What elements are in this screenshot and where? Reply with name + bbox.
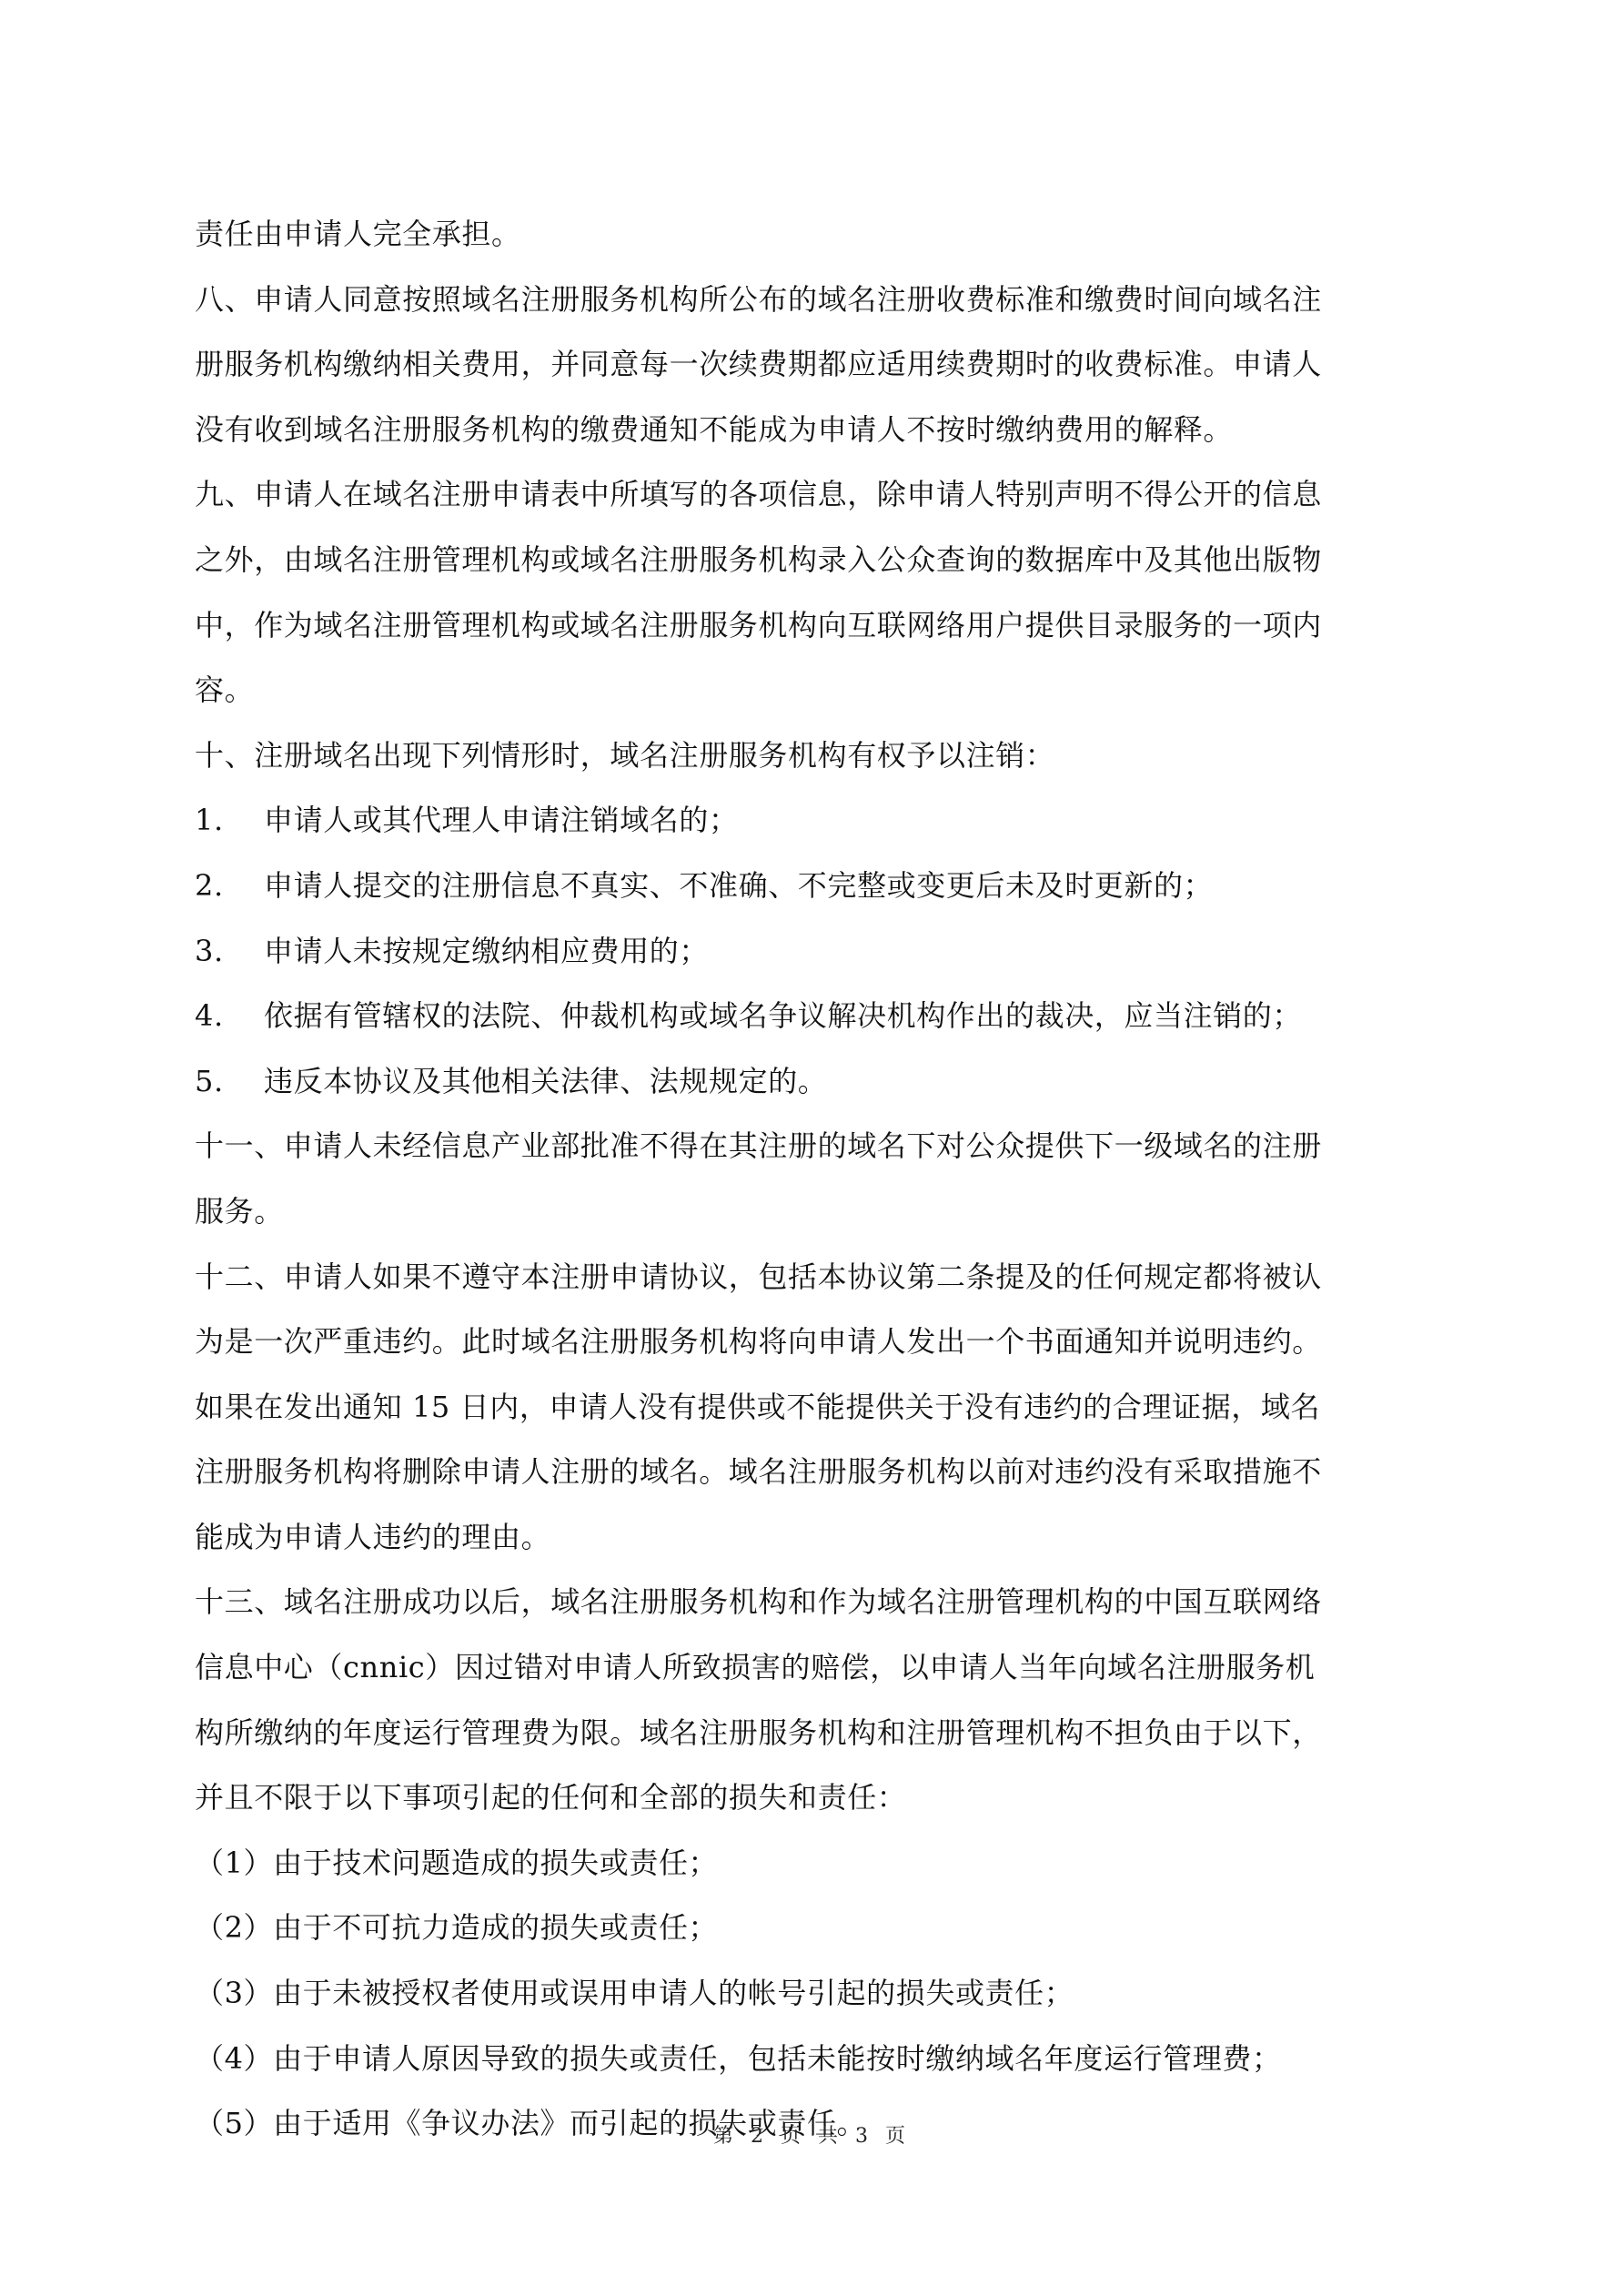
liability-item: （2）由于不可抗力造成的损失或责任； xyxy=(195,1896,1432,1961)
clause-9-line-3: 中，作为域名注册管理机构或域名注册服务机构向互联网络用户提供目录服务的一项内 xyxy=(195,593,1432,659)
clause-11-line-2: 服务。 xyxy=(195,1179,1432,1245)
page-number-footer: 第 2 页 共 3 页 xyxy=(0,2120,1624,2149)
liability-item: （1）由于技术问题造成的损失或责任； xyxy=(195,1831,1432,1896)
liability-item: （4）由于申请人原因导致的损失或责任，包括未能按时缴纳域名年度运行管理费； xyxy=(195,2027,1432,2092)
cancellation-item: 2.申请人提交的注册信息不真实、不准确、不完整或变更后未及时更新的； xyxy=(195,854,1432,919)
liability-item: （3）由于未被授权者使用或误用申请人的帐号引起的损失或责任； xyxy=(195,1961,1432,2027)
cancellation-item: 1.申请人或其代理人申请注销域名的； xyxy=(195,788,1432,854)
clause-12-line-3: 如果在发出通知 15 日内，申请人没有提供或不能提供关于没有违约的合理证据，域名 xyxy=(195,1375,1432,1441)
text-line: 责任由申请人完全承担。 xyxy=(195,202,1432,268)
item-number: 3. xyxy=(195,919,264,985)
item-number: 1. xyxy=(195,788,264,854)
clause-8-line-1: 八、申请人同意按照域名注册服务机构所公布的域名注册收费标准和缴费时间向域名注 xyxy=(195,268,1432,333)
clause-11-line-1: 十一、申请人未经信息产业部批准不得在其注册的域名下对公众提供下一级域名的注册 xyxy=(195,1114,1432,1179)
clause-9-line-2: 之外，由域名注册管理机构或域名注册服务机构录入公众查询的数据库中及其他出版物 xyxy=(195,528,1432,593)
clause-13-line-3: 构所缴纳的年度运行管理费为限。域名注册服务机构和注册管理机构不担负由于以下， xyxy=(195,1701,1432,1766)
clause-12-line-2: 为是一次严重违约。此时域名注册服务机构将向申请人发出一个书面通知并说明违约。 xyxy=(195,1310,1432,1375)
clause-12-line-5: 能成为申请人违约的理由。 xyxy=(195,1505,1432,1571)
item-number: 4. xyxy=(195,984,264,1049)
clause-9-line-1: 九、申请人在域名注册申请表中所填写的各项信息，除申请人特别声明不得公开的信息 xyxy=(195,462,1432,528)
item-text: 申请人提交的注册信息不真实、不准确、不完整或变更后未及时更新的； xyxy=(264,868,1213,903)
clause-10-heading: 十、注册域名出现下列情形时，域名注册服务机构有权予以注销： xyxy=(195,723,1432,789)
clause-13-line-2: 信息中心（cnnic）因过错对申请人所致损害的赔偿，以申请人当年向域名注册服务机 xyxy=(195,1635,1432,1701)
clause-12-line-4: 注册服务机构将删除申请人注册的域名。域名注册服务机构以前对违约没有采取措施不 xyxy=(195,1440,1432,1505)
cancellation-item: 3.申请人未按规定缴纳相应费用的； xyxy=(195,919,1432,985)
clause-13-line-4: 并且不限于以下事项引起的任何和全部的损失和责任： xyxy=(195,1765,1432,1831)
item-text: 依据有管辖权的法院、仲裁机构或域名争议解决机构作出的裁决，应当注销的； xyxy=(264,998,1302,1033)
document-body: 责任由申请人完全承担。 八、申请人同意按照域名注册服务机构所公布的域名注册收费标… xyxy=(195,202,1432,2157)
clause-8-line-2: 册服务机构缴纳相关费用，并同意每一次续费期都应适用续费期时的收费标准。申请人 xyxy=(195,332,1432,398)
clause-8-line-3: 没有收到域名注册服务机构的缴费通知不能成为申请人不按时缴纳费用的解释。 xyxy=(195,398,1432,463)
clause-12-line-1: 十二、申请人如果不遵守本注册申请协议，包括本协议第二条提及的任何规定都将被认 xyxy=(195,1245,1432,1310)
item-number: 5. xyxy=(195,1049,264,1115)
item-text: 申请人或其代理人申请注销域名的； xyxy=(264,803,739,837)
cancellation-item: 4.依据有管辖权的法院、仲裁机构或域名争议解决机构作出的裁决，应当注销的； xyxy=(195,984,1432,1049)
clause-9-line-4: 容。 xyxy=(195,658,1432,723)
item-number: 2. xyxy=(195,854,264,919)
item-text: 申请人未按规定缴纳相应费用的； xyxy=(264,934,709,968)
cancellation-item: 5.违反本协议及其他相关法律、法规规定的。 xyxy=(195,1049,1432,1115)
item-text: 违反本协议及其他相关法律、法规规定的。 xyxy=(264,1064,827,1098)
clause-13-line-1: 十三、域名注册成功以后，域名注册服务机构和作为域名注册管理机构的中国互联网络 xyxy=(195,1570,1432,1635)
